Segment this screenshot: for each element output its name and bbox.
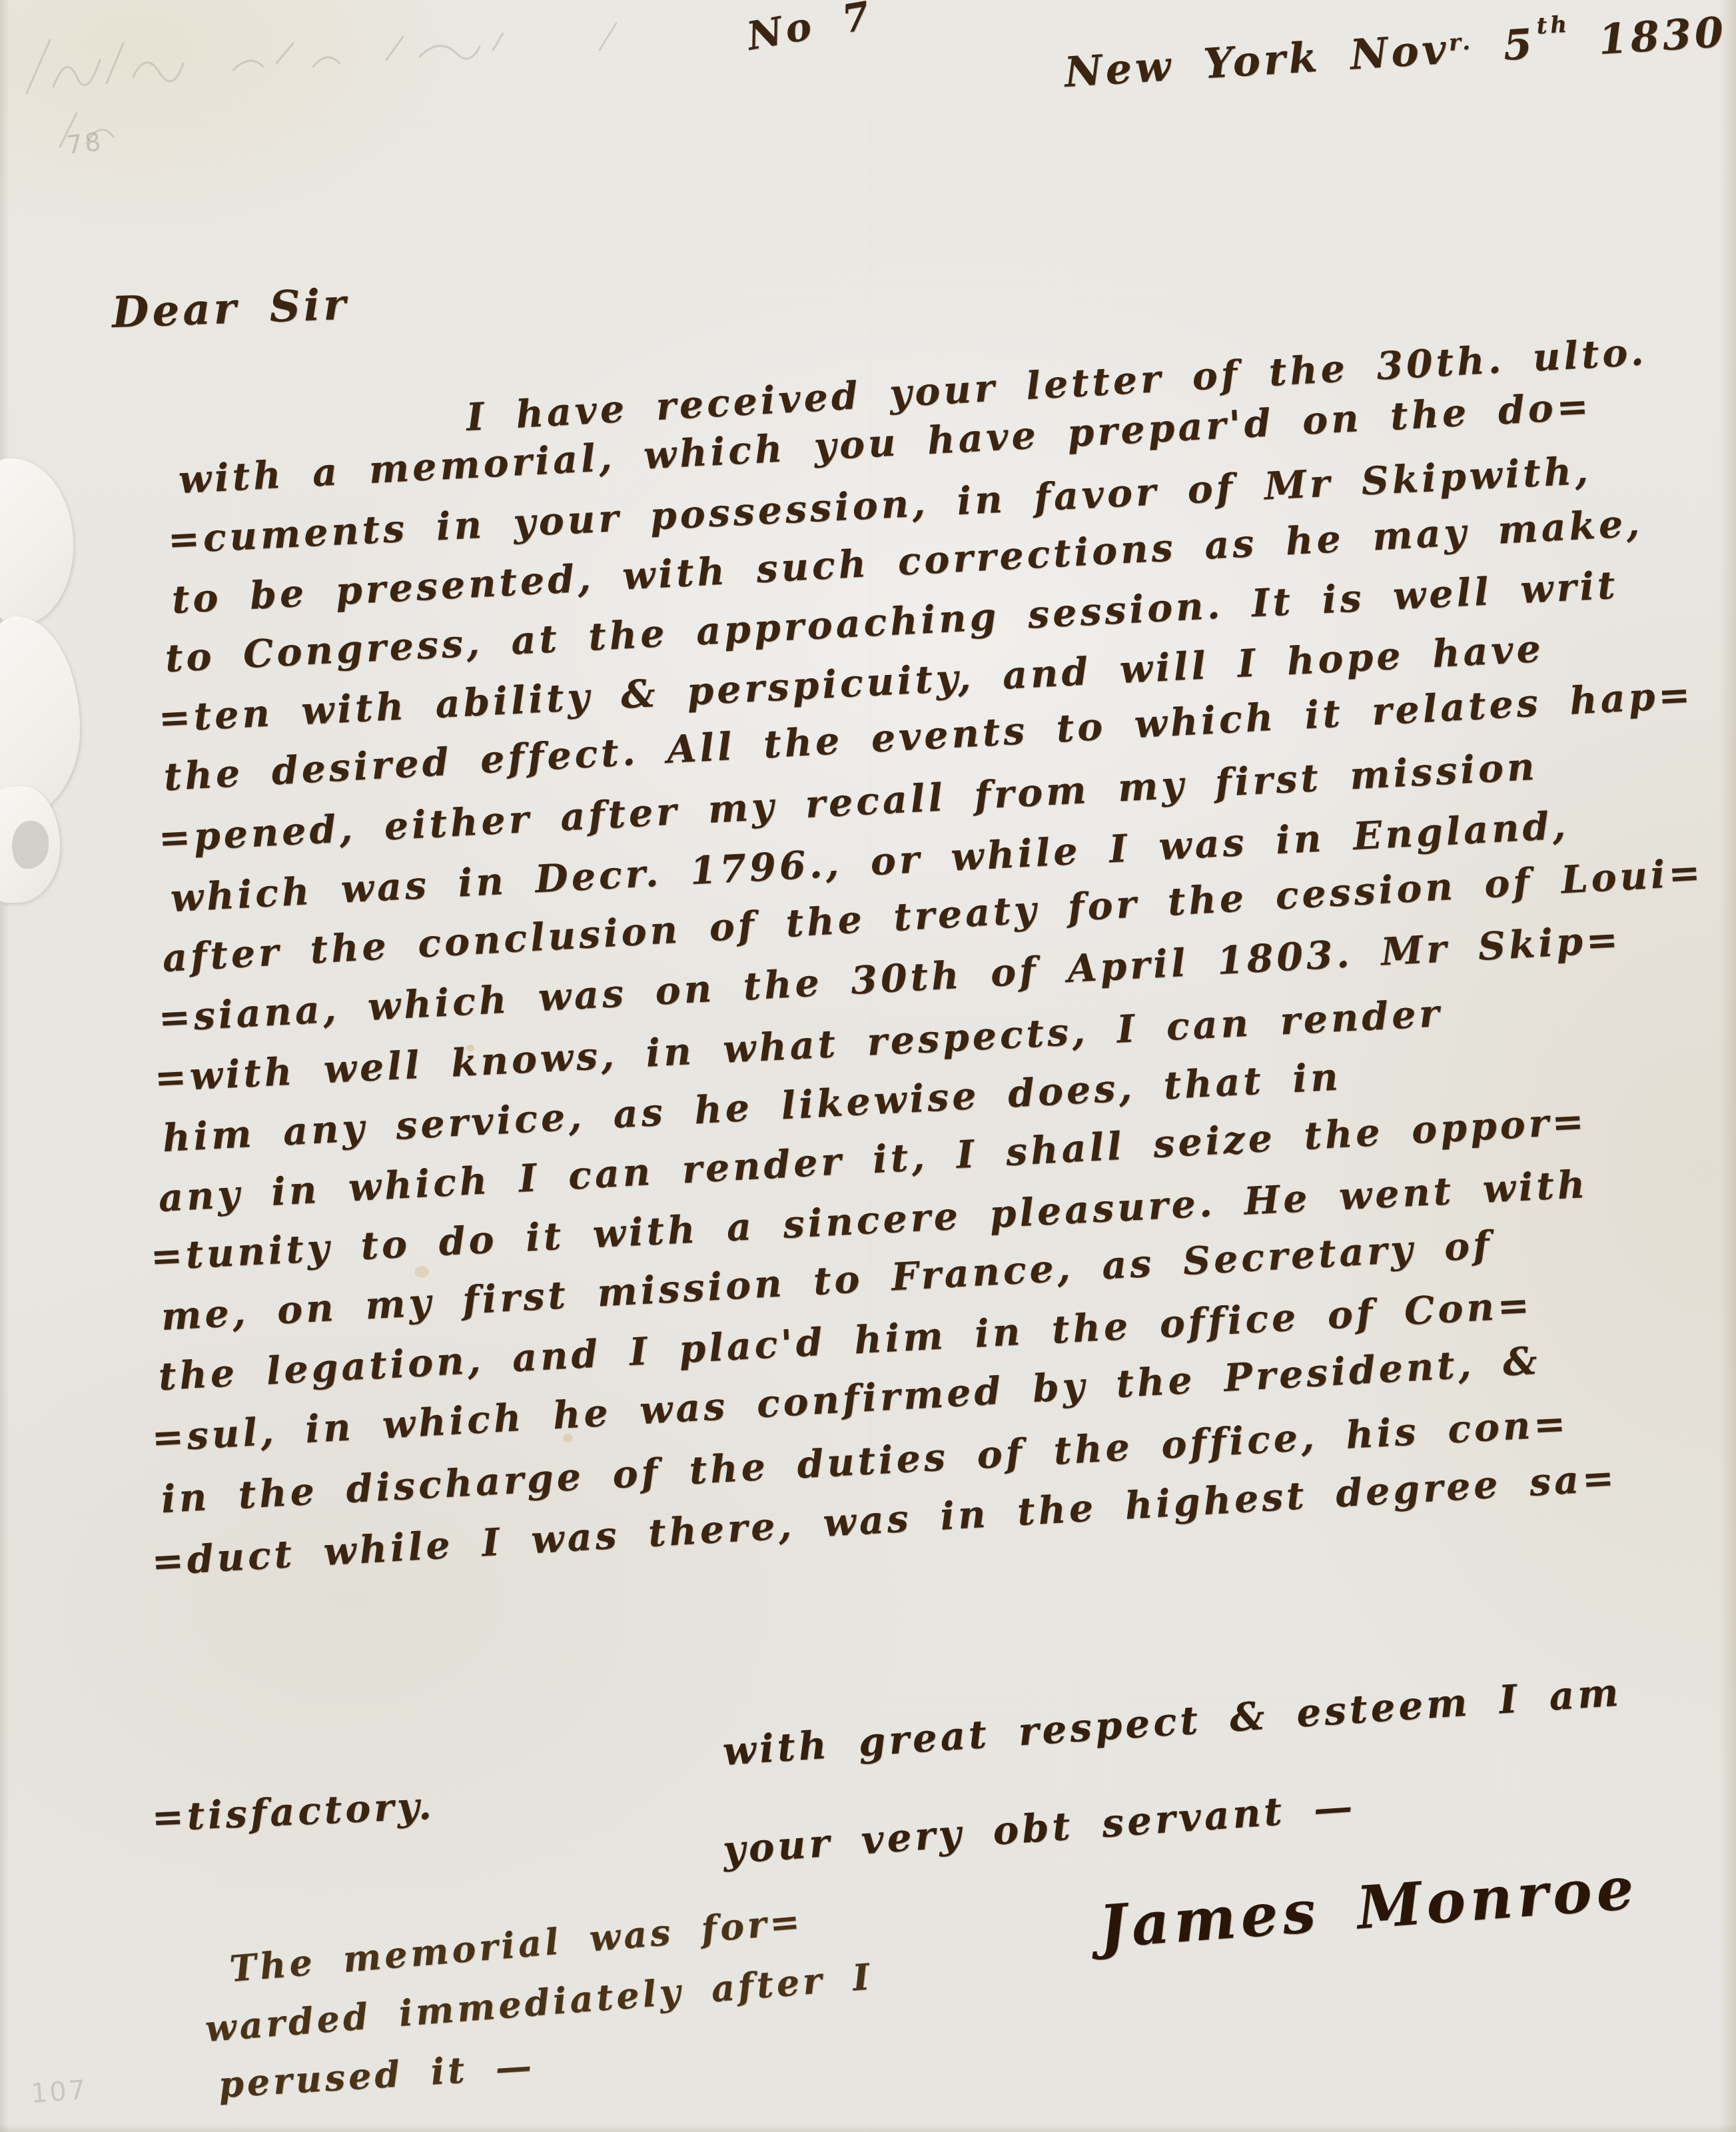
date-superscript-r: r. [1448,29,1474,57]
date-year: 1830 [1597,7,1728,64]
page-edge-right [1719,0,1736,2132]
vertical-fold-crease [870,0,872,2132]
paper-tear [0,458,73,625]
body-line: =tisfactory. [151,1786,436,1836]
postscript-line: perused it — [217,2047,536,2103]
place-date-line: New York Novr. 5th 1830 [1063,11,1728,93]
ink-stain [414,1266,429,1278]
page-edge-bottom [0,2124,1736,2132]
closing-line: your very obt servant — [721,1787,1357,1869]
page-edge-left [0,0,9,2132]
pencil-number-left: 78 [65,127,105,159]
letter-page: 78 107 No 7 New York Novr. 5th 1830 Dear… [0,0,1736,2132]
docket-number: No 7 [744,0,875,56]
signature: James Monroe [1097,1858,1640,1956]
place-date-prefix: New York Nov [1063,25,1451,97]
pencil-inscription [13,13,626,180]
closing-line: with great respect & esteem I am [721,1672,1623,1770]
date-day: 5 [1502,19,1537,70]
salutation: Dear Sir [111,284,350,334]
pencil-number-bottom: 107 [29,2075,88,2109]
date-superscript-th: th [1535,11,1571,40]
